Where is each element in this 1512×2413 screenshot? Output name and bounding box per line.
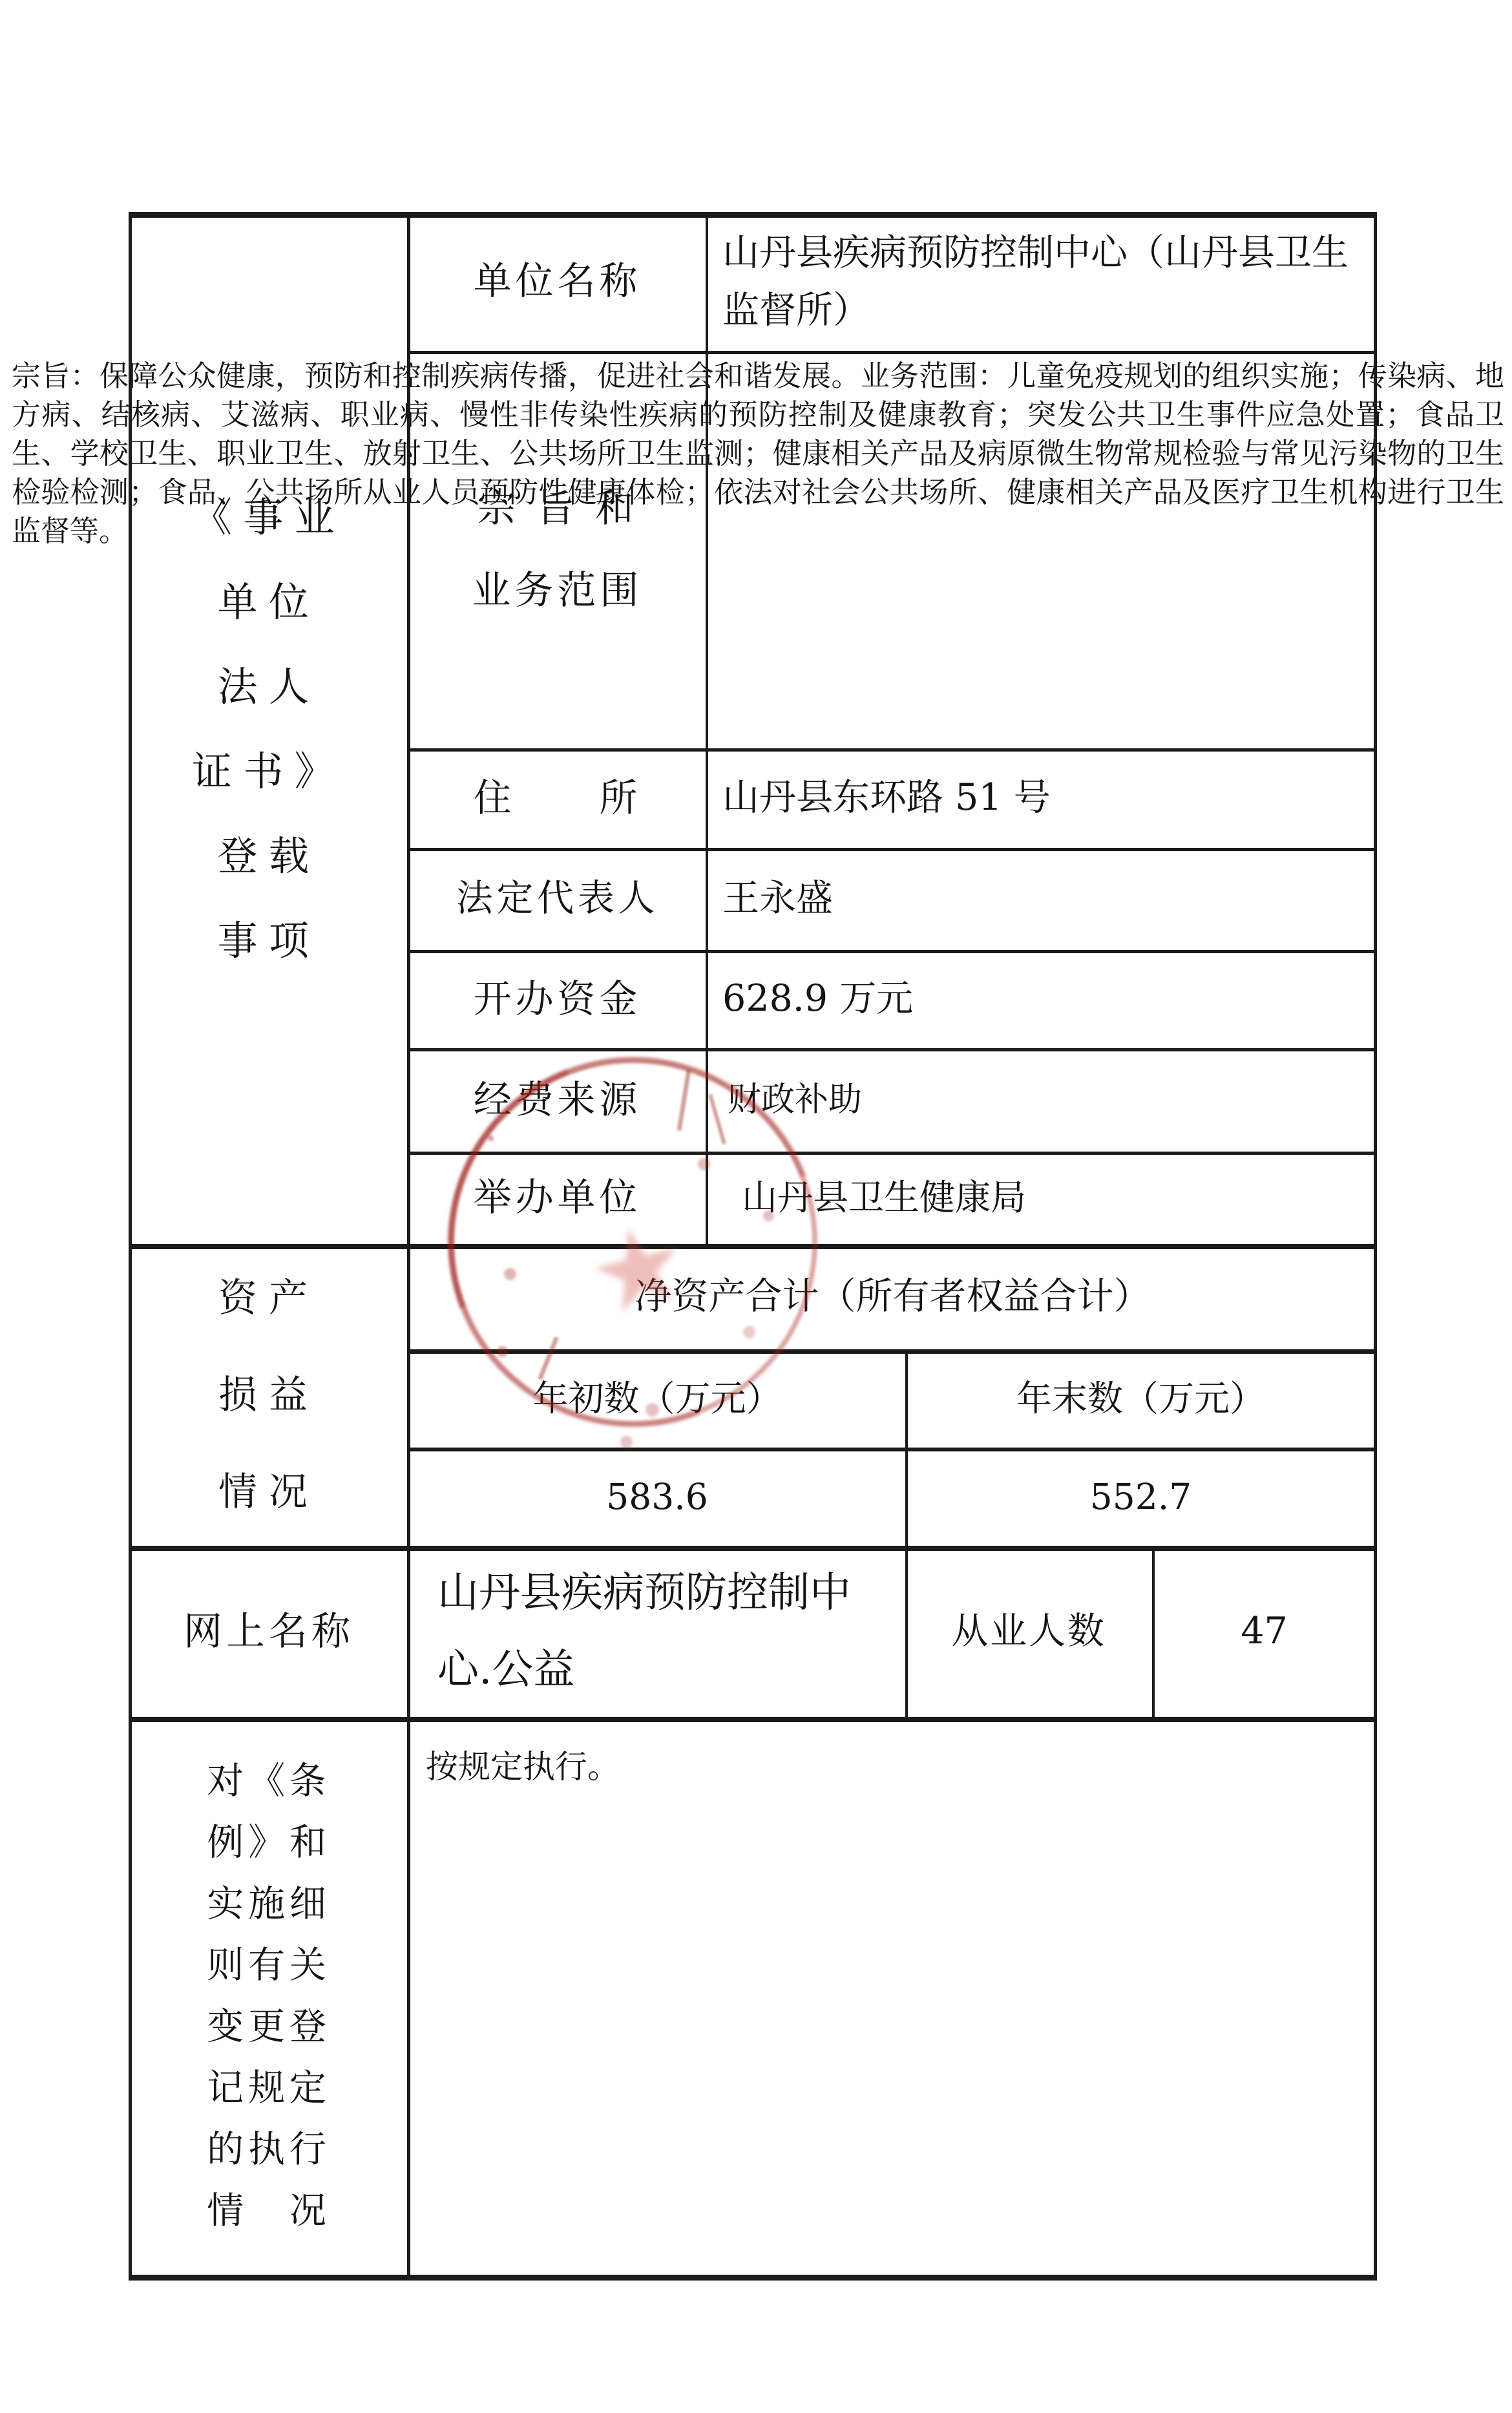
column-divider bbox=[706, 212, 708, 1247]
year-end-value-text: 552.7 bbox=[1090, 1472, 1192, 1522]
staff-count-value-text: 47 bbox=[1241, 1606, 1288, 1658]
address-value-text: 山丹县东环路 51 号 bbox=[722, 772, 1051, 824]
organizer-value: 山丹县卫生健康局 bbox=[706, 1152, 1376, 1244]
mission-scope-value-text: 宗旨：保障公众健康，预防和控制疾病传播，促进社会和谐发展。业务范围：儿童免疫规划… bbox=[12, 359, 1504, 548]
year-end-header: 年末数（万元） bbox=[905, 1349, 1376, 1448]
column-divider bbox=[1152, 1546, 1155, 1720]
assets-section-label-text: 资产 损益 情况 bbox=[218, 1250, 319, 1541]
unit-name-value: 山丹县疾病预防控制中心（山丹县卫生监督所） bbox=[706, 212, 1376, 351]
unit-name-label-text: 单位名称 bbox=[474, 255, 642, 308]
year-start-value-text: 583.6 bbox=[606, 1472, 708, 1522]
row-divider bbox=[409, 351, 1376, 354]
opening-funds-value: 628.9 万元 bbox=[706, 950, 1376, 1048]
organizer-label-text: 举办单位 bbox=[474, 1171, 642, 1225]
regulation-section-label-text: 对《条 例》和 实施细 则有关 变更登 记规定 的执行 情 况 bbox=[207, 1751, 331, 2242]
regulation-value-text: 按规定执行。 bbox=[426, 1748, 620, 1786]
opening-funds-label: 开办资金 bbox=[409, 950, 706, 1048]
regulation-section-label: 对《条 例》和 实施细 则有关 变更登 记规定 的执行 情 况 bbox=[129, 1717, 409, 2275]
funding-source-value: 财政补助 bbox=[706, 1048, 1376, 1152]
year-end-value: 552.7 bbox=[905, 1448, 1376, 1546]
staff-count-label: 从业人数 bbox=[905, 1546, 1152, 1717]
funding-source-label: 经费来源 bbox=[409, 1048, 706, 1152]
year-start-header-text: 年初数（万元） bbox=[532, 1374, 781, 1424]
organizer-value-text: 山丹县卫生健康局 bbox=[742, 1173, 1026, 1223]
address-label: 住 所 bbox=[409, 748, 706, 848]
mission-scope-value: 宗旨：保障公众健康，预防和控制疾病传播，促进社会和谐发展。业务范围：儿童免疫规划… bbox=[0, 351, 1512, 748]
row-divider bbox=[409, 1349, 1376, 1354]
row-divider bbox=[409, 848, 1376, 851]
column-divider bbox=[407, 212, 410, 2281]
unit-name-value-text: 山丹县疾病预防控制中心（山丹县卫生监督所） bbox=[722, 224, 1369, 339]
year-start-value: 583.6 bbox=[409, 1448, 905, 1546]
online-name-value-text: 山丹县疾病预防控制中心.公益 bbox=[437, 1555, 877, 1708]
staff-count-label-text: 从业人数 bbox=[951, 1606, 1106, 1658]
scanned-registration-form: 《事业 单位 法人 证书》 登载 事项 单位名称 山丹县疾病预防控制中心（山丹县… bbox=[0, 0, 1512, 2413]
table-border-left bbox=[129, 212, 132, 2281]
address-label-text: 住 所 bbox=[474, 772, 642, 825]
assets-section-label: 资产 损益 情况 bbox=[129, 1244, 409, 1546]
opening-funds-label-text: 开办资金 bbox=[474, 973, 642, 1026]
online-name-label-text: 网上名称 bbox=[184, 1605, 354, 1659]
section-divider bbox=[129, 1546, 1376, 1551]
net-assets-total-header-text: 净资产合计（所有者权益合计） bbox=[635, 1271, 1151, 1323]
row-divider bbox=[409, 1048, 1376, 1051]
organizer-label: 举办单位 bbox=[409, 1152, 706, 1244]
table-border-right bbox=[1374, 212, 1377, 2281]
row-divider bbox=[409, 1448, 1376, 1451]
unit-name-label: 单位名称 bbox=[409, 212, 706, 351]
regulation-value: 按规定执行。 bbox=[409, 1717, 1376, 2275]
funding-source-label-text: 经费来源 bbox=[474, 1073, 642, 1127]
online-name-label: 网上名称 bbox=[129, 1546, 409, 1717]
legal-representative-value: 王永盛 bbox=[706, 848, 1376, 950]
row-divider bbox=[409, 1152, 1376, 1155]
section-divider bbox=[129, 1717, 1376, 1722]
year-start-header: 年初数（万元） bbox=[409, 1349, 905, 1448]
opening-funds-value-text: 628.9 万元 bbox=[722, 973, 913, 1025]
year-end-header-text: 年末数（万元） bbox=[1016, 1374, 1265, 1424]
net-assets-total-header: 净资产合计（所有者权益合计） bbox=[409, 1244, 1376, 1349]
legal-representative-value-text: 王永盛 bbox=[722, 873, 833, 925]
table-border-top bbox=[129, 212, 1376, 218]
funding-source-value-text: 财政补助 bbox=[728, 1077, 862, 1124]
address-value: 山丹县东环路 51 号 bbox=[706, 748, 1376, 848]
legal-representative-label: 法定代表人 bbox=[409, 848, 706, 950]
table-border-bottom bbox=[129, 2275, 1376, 2281]
staff-count-value: 47 bbox=[1152, 1546, 1376, 1717]
row-divider bbox=[409, 950, 1376, 953]
column-divider bbox=[905, 1349, 908, 1720]
row-divider bbox=[409, 748, 1376, 752]
legal-representative-label-text: 法定代表人 bbox=[456, 873, 659, 925]
online-name-value: 山丹县疾病预防控制中心.公益 bbox=[409, 1546, 905, 1717]
section-divider bbox=[129, 1244, 1376, 1249]
